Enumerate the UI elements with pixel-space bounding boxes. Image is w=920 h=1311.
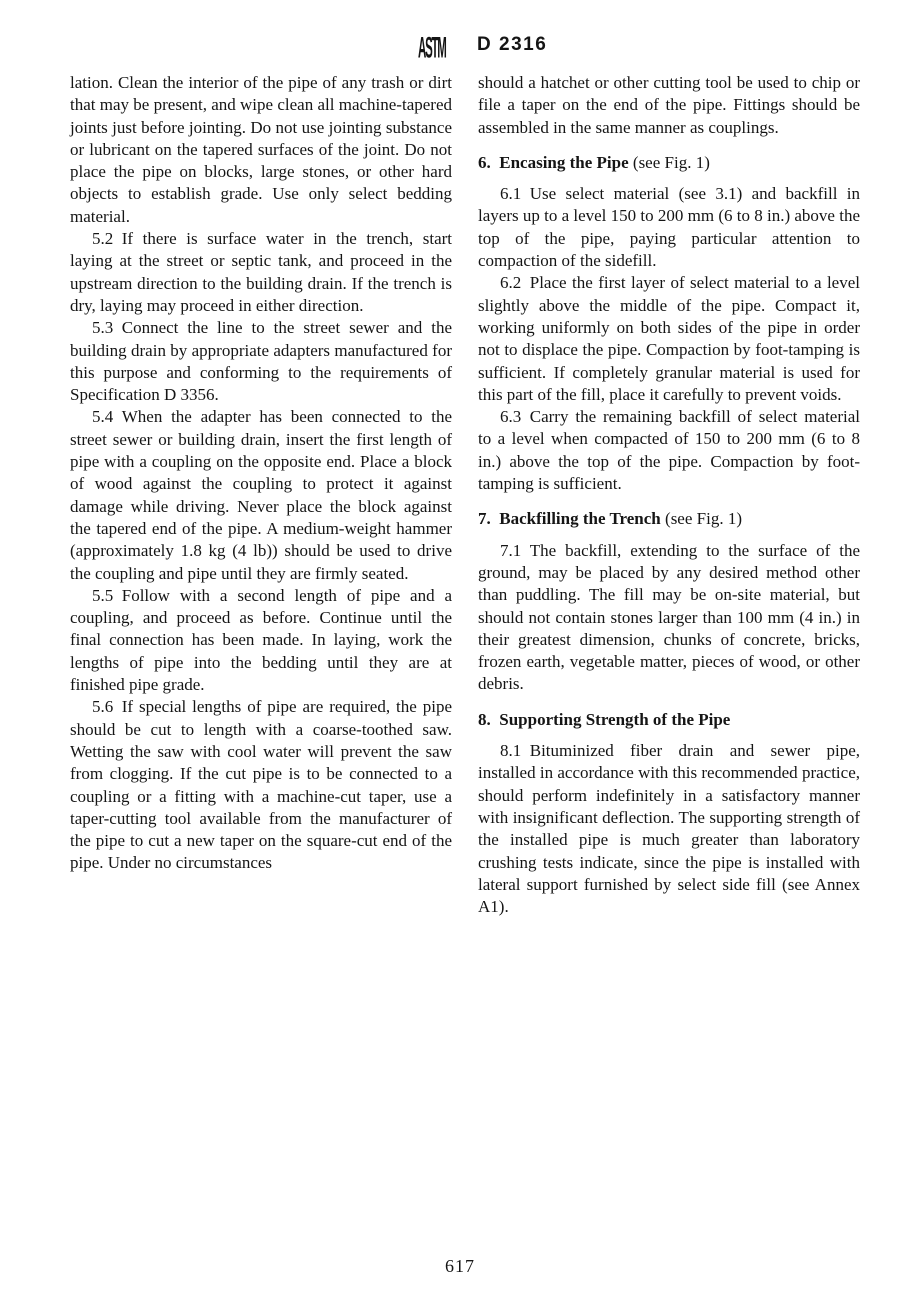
page-body: lation. Clean the interior of the pipe o… (70, 72, 860, 918)
section-heading: 8. Supporting Strength of the Pipe (478, 709, 860, 731)
section-heading: 7. Backfilling the Trench (see Fig. 1) (478, 508, 860, 530)
paragraph: 5.3 Connect the line to the street sewer… (70, 317, 452, 406)
document-page: ASTM D 2316 lation. Clean the interior o… (0, 0, 920, 1311)
paragraph: 5.2 If there is surface water in the tre… (70, 228, 452, 317)
paragraph: 5.5 Follow with a second length of pipe … (70, 585, 452, 696)
page-footer: 617 (0, 1256, 920, 1277)
paragraph: 6.2 Place the first layer of select mate… (478, 272, 860, 406)
astm-logo-icon: ASTM (413, 29, 451, 65)
document-code: D 2316 (477, 34, 547, 56)
paragraph: 5.4 When the adapter has been connected … (70, 406, 452, 584)
page-number: 617 (445, 1256, 475, 1276)
section-heading-title: 6. Encasing the Pipe (478, 153, 629, 172)
section-heading-title: 8. Supporting Strength of the Pipe (478, 710, 730, 729)
text-column-left: lation. Clean the interior of the pipe o… (70, 72, 452, 918)
paragraph: lation. Clean the interior of the pipe o… (70, 72, 452, 228)
paragraph: 5.6 If special lengths of pipe are requi… (70, 696, 452, 874)
astm-logo-text: ASTM (418, 30, 446, 64)
paragraph: 6.1 Use select material (see 3.1) and ba… (478, 183, 860, 272)
paragraph: should a hatchet or other cutting tool b… (478, 72, 860, 139)
page-header: ASTM D 2316 (0, 26, 920, 68)
section-heading-title: 7. Backfilling the Trench (478, 509, 661, 528)
text-column-right: should a hatchet or other cutting tool b… (478, 72, 860, 918)
paragraph: 8.1 Bituminized fiber drain and sewer pi… (478, 740, 860, 918)
paragraph: 7.1 The backfill, extending to the surfa… (478, 540, 860, 696)
paragraph: 6.3 Carry the remaining backfill of sele… (478, 406, 860, 495)
section-heading: 6. Encasing the Pipe (see Fig. 1) (478, 152, 860, 174)
